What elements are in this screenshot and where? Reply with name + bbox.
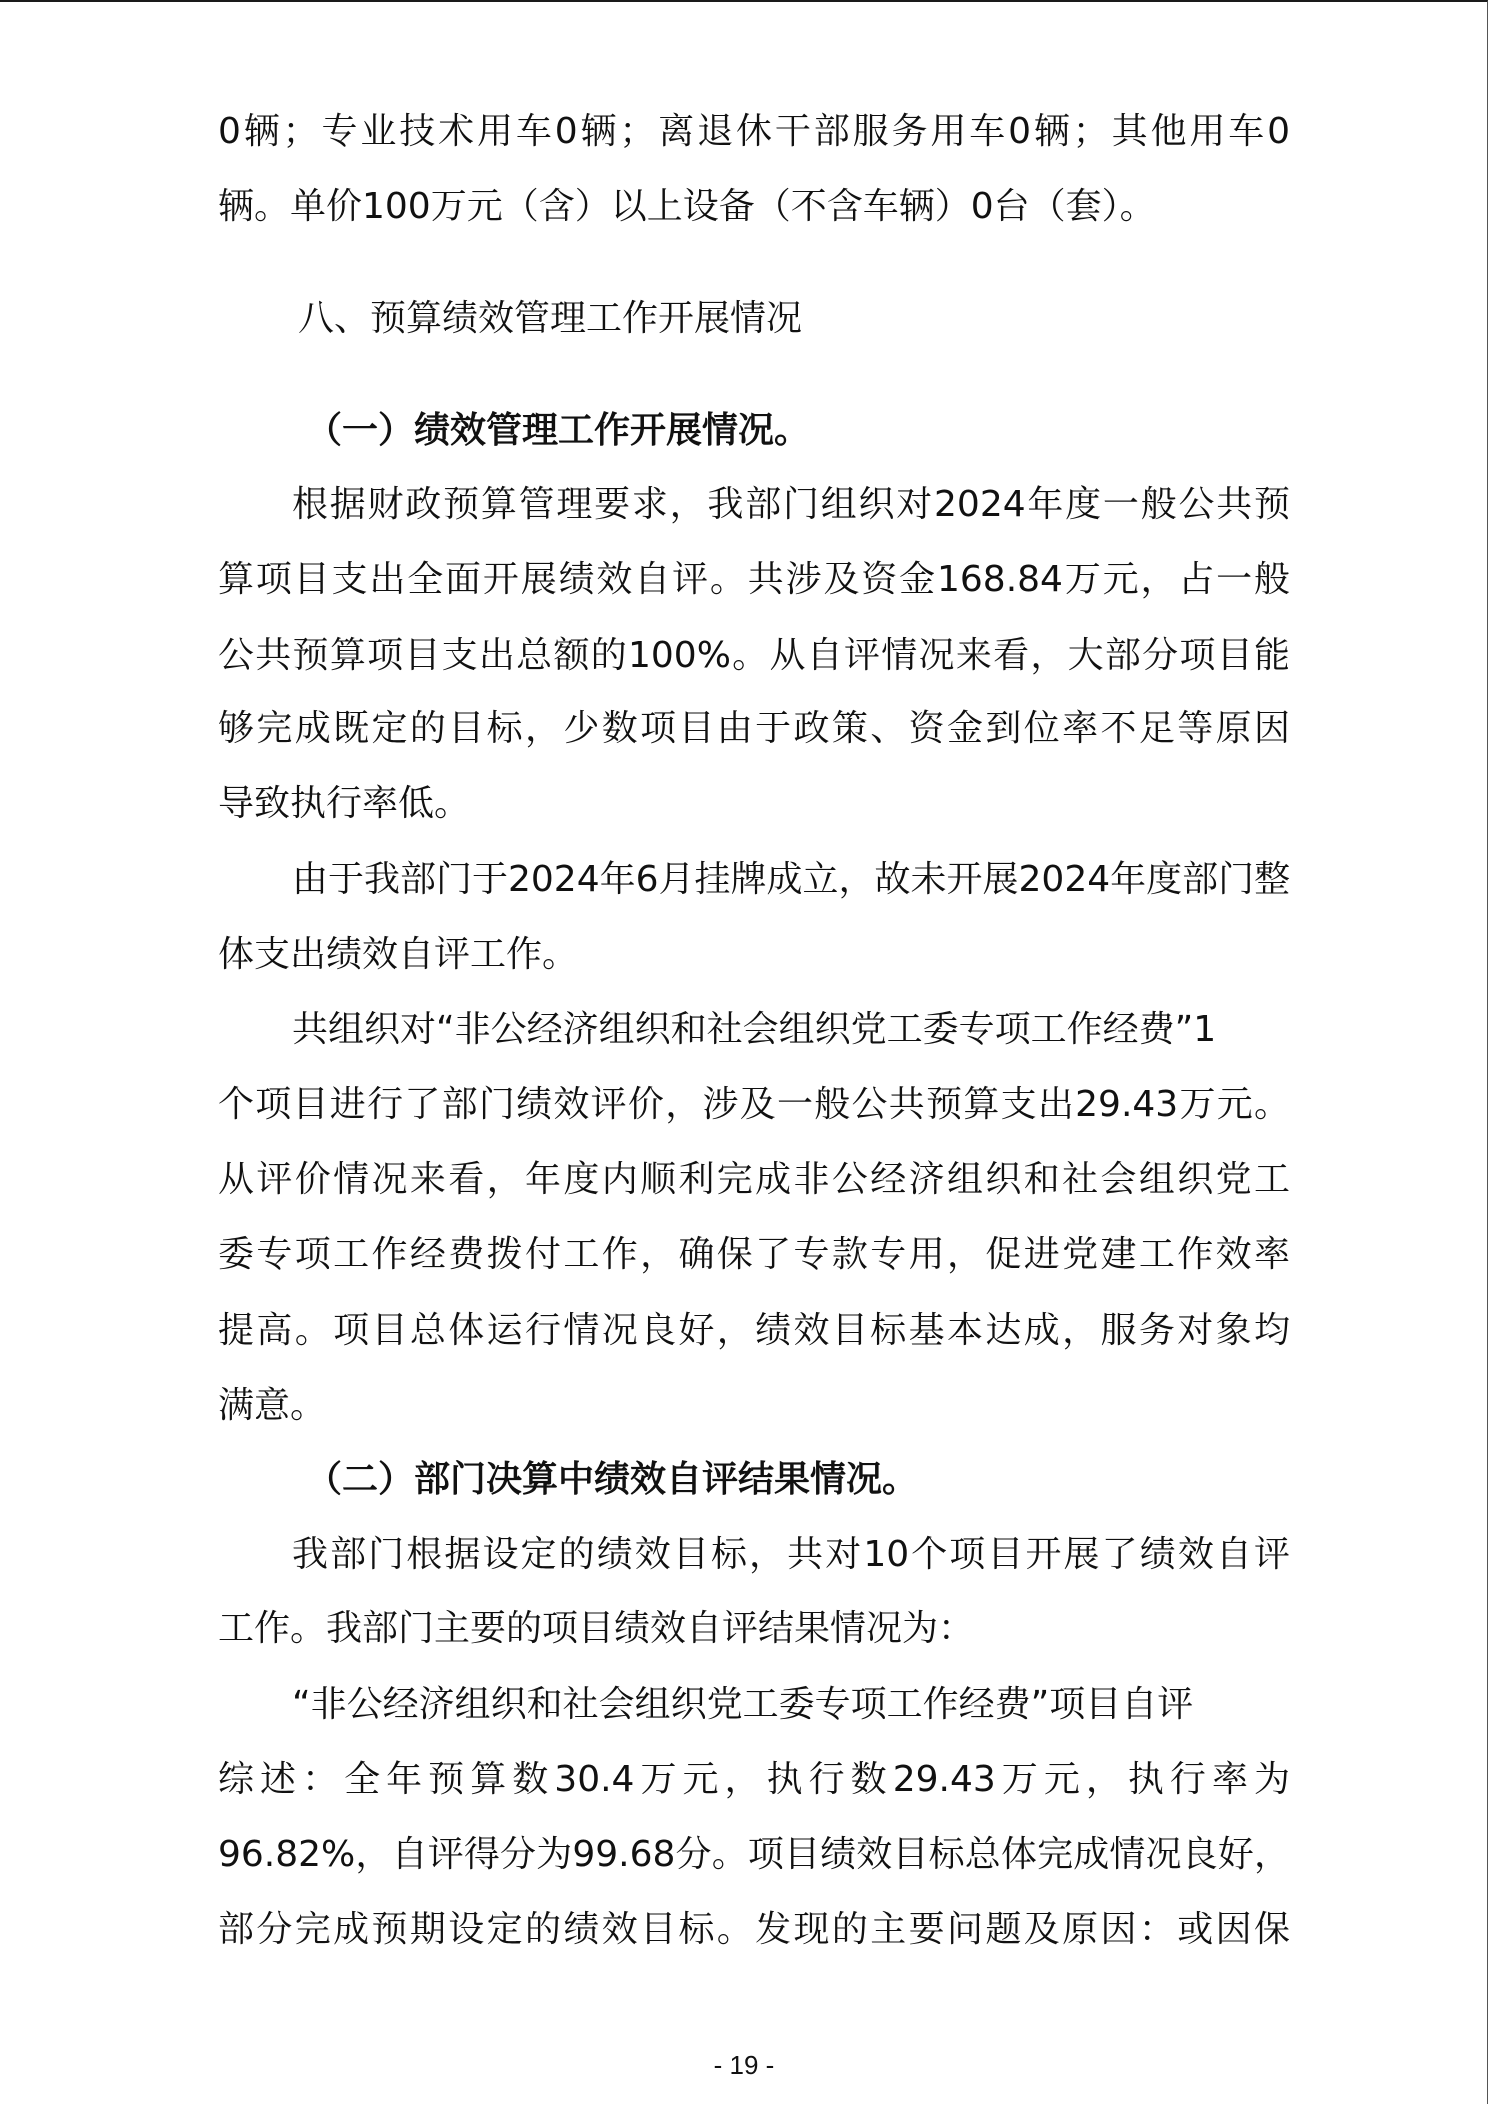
- document-page: 0辆；专业技术用车0辆；离退休干部服务用车0辆；其他用车0 辆。单价100万元（…: [0, 0, 1488, 2104]
- body-text-line: “非公经济组织和社会组织党工委专项工作经费”项目自评: [292, 1680, 1290, 1730]
- subsection-heading-1: （一）绩效管理工作开展情况。: [306, 406, 810, 456]
- body-text-line: 满意。: [218, 1381, 1290, 1431]
- body-text-line: 综述：全年预算数30.4万元，执行数29.43万元，执行率为: [218, 1755, 1290, 1805]
- body-text-line: 辆。单价100万元（含）以上设备（不含车辆）0台（套）。: [218, 182, 1290, 232]
- body-text-line: 0辆；专业技术用车0辆；离退休干部服务用车0辆；其他用车0: [218, 107, 1290, 157]
- body-text-line: 够完成既定的目标，少数项目由于政策、资金到位率不足等原因: [218, 704, 1290, 754]
- body-text-line: 委专项工作经费拨付工作，确保了专款专用，促进党建工作效率: [218, 1230, 1290, 1280]
- body-text-line: 导致执行率低。: [218, 779, 1290, 829]
- subsection-heading-2: （二）部门决算中绩效自评结果情况。: [306, 1455, 918, 1505]
- body-text-line: 从评价情况来看，年度内顺利完成非公经济组织和社会组织党工: [218, 1155, 1290, 1205]
- page-number: - 19 -: [0, 2050, 1488, 2080]
- body-text-line: 工作。我部门主要的项目绩效自评结果情况为：: [218, 1604, 1290, 1654]
- body-text-line: 96.82%，自评得分为99.68分。项目绩效目标总体完成情况良好，: [218, 1830, 1290, 1880]
- body-text-line: 由于我部门于2024年6月挂牌成立，故未开展2024年度部门整: [292, 855, 1290, 905]
- body-text-line: 部分完成预期设定的绩效目标。发现的主要问题及原因：或因保: [218, 1905, 1290, 1955]
- body-text-line: 共组织对“非公经济组织和社会组织党工委专项工作经费”1: [292, 1005, 1290, 1055]
- body-text-line: 体支出绩效自评工作。: [218, 930, 1290, 980]
- body-text-line: 根据财政预算管理要求，我部门组织对2024年度一般公共预: [292, 480, 1290, 530]
- body-text-line: 我部门根据设定的绩效目标，共对10个项目开展了绩效自评: [292, 1530, 1290, 1580]
- body-text-line: 提高。项目总体运行情况良好，绩效目标基本达成，服务对象均: [218, 1306, 1290, 1356]
- section-heading: 八、预算绩效管理工作开展情况: [298, 294, 802, 344]
- body-text-line: 个项目进行了部门绩效评价，涉及一般公共预算支出29.43万元。: [218, 1080, 1290, 1130]
- body-text-line: 算项目支出全面开展绩效自评。共涉及资金168.84万元，占一般: [218, 555, 1290, 605]
- body-text-line: 公共预算项目支出总额的100%。从自评情况来看，大部分项目能: [218, 631, 1290, 681]
